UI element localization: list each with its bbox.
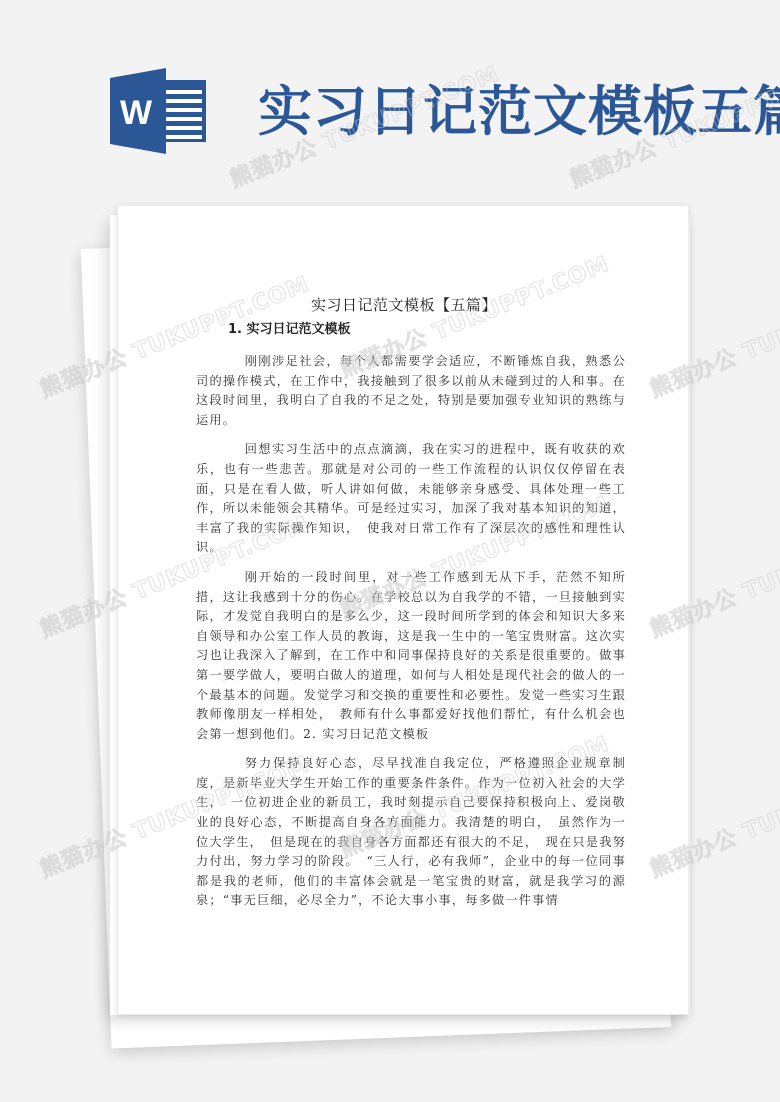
document-body: 刚刚涉足社会，每个人都需要学会适应，不断锤炼自我，熟悉公司的操作模式，在工作中，… [196,352,626,921]
paragraph: 刚刚涉足社会，每个人都需要学会适应，不断锤炼自我，熟悉公司的操作模式，在工作中，… [196,352,626,430]
word-document-icon: W [108,68,208,154]
section-heading: 1. 实习日记范文模板 [228,318,351,337]
document-title: 实习日记范文模板【五篇】 [118,294,690,315]
header-title: 实习日记范文模板五篇 [258,78,780,144]
page-header: W 实习日记范文模板五篇 [0,0,780,200]
paragraph: 回想实习生活中的点点滴滴，我在实习的进程中，既有收获的欢乐，也有一些悲苦。那就是… [196,440,626,558]
svg-text:W: W [120,94,153,132]
document-page: 实习日记范文模板【五篇】 1. 实习日记范文模板 刚刚涉足社会，每个人都需要学会… [117,205,689,1015]
paragraph: 努力保持良好心态，尽早找准自我定位，严格遵照企业规章制度，是新毕业大学生开始工作… [196,754,626,911]
paragraph: 刚开始的一段时间里，对一些工作感到无从下手，茫然不知所措，这让我感到十分的伤心。… [196,568,626,744]
